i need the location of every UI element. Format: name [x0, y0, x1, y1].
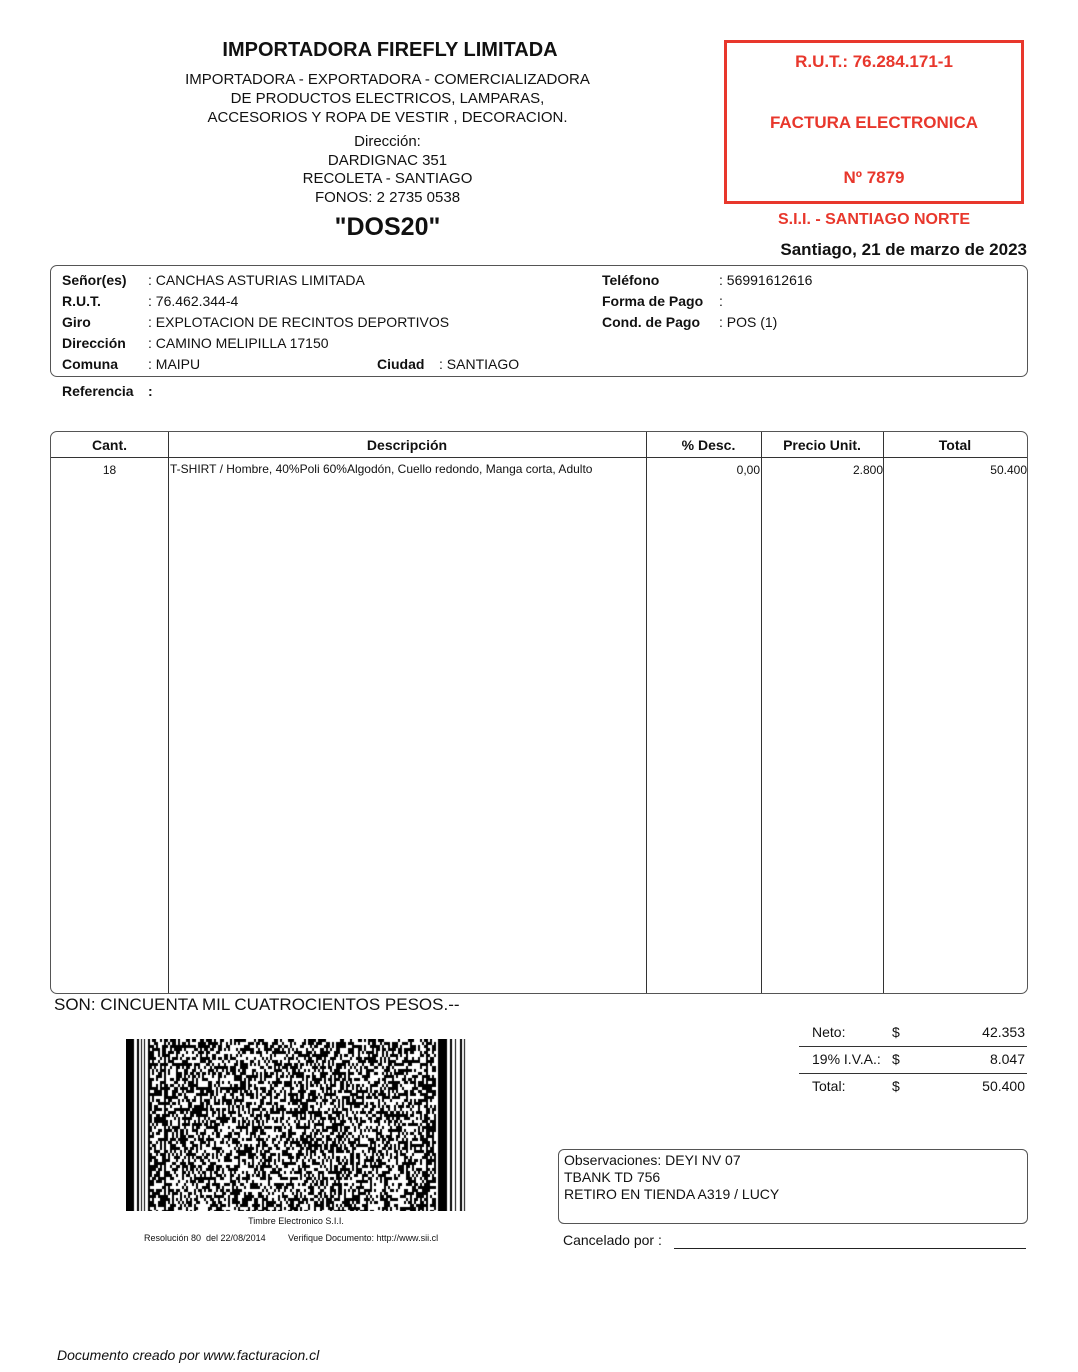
total-row-total: Total: $ 50.400 [799, 1074, 1027, 1100]
timbre-label: Timbre Electronico S.I.I. [126, 1216, 466, 1226]
observation-line: TBANK TD 756 [564, 1169, 660, 1185]
company-description-line: DE PRODUCTOS ELECTRICOS, LAMPARAS, [150, 89, 625, 108]
total-currency: $ [892, 1078, 900, 1094]
field-value: : EXPLOTACION DE RECINTOS DEPORTIVOS [148, 312, 449, 333]
amount-in-words: SON: CINCUENTA MIL CUATROCIENTOS PESOS.-… [54, 995, 460, 1015]
field-value: : 56991612616 [719, 270, 812, 291]
field-label: Teléfono [602, 270, 659, 291]
document-number: Nº 7879 [724, 168, 1024, 188]
field-label: Forma de Pago [602, 291, 703, 312]
column-header-descripcion: Descripción [168, 437, 646, 453]
document-date: Santiago, 21 de marzo de 2023 [700, 240, 1027, 260]
company-address-line: FONOS: 2 2735 0538 [240, 189, 535, 208]
sii-office: S.I.I. - SANTIAGO NORTE [724, 211, 1024, 229]
field-value: : [148, 381, 153, 402]
customer-info-box: Señor(es) : CANCHAS ASTURIAS LIMITADA R.… [50, 265, 1028, 377]
timbre-resolution: Resolución 80 del 22/08/2014 [144, 1233, 266, 1243]
total-currency: $ [892, 1051, 900, 1067]
total-row-iva: 19% I.V.A.: $ 8.047 [799, 1047, 1027, 1074]
field-value: : CANCHAS ASTURIAS LIMITADA [148, 270, 365, 291]
field-value: : POS (1) [719, 312, 777, 333]
observation-line: Observaciones: DEYI NV 07 [564, 1152, 741, 1168]
company-name: IMPORTADORA FIREFLY LIMITADA [160, 39, 620, 62]
column-header-precio: Precio Unit. [761, 437, 883, 453]
cancelado-label: Cancelado por : [563, 1232, 662, 1248]
field-label: R.U.T. [62, 291, 101, 312]
field-label: Señor(es) [62, 270, 152, 291]
column-divider [168, 432, 169, 993]
issuer-rut: R.U.T.: 76.284.171-1 [724, 52, 1024, 72]
footer-credit: Documento creado por www.facturacion.cl [57, 1347, 319, 1363]
cell-precio: 2.800 [761, 463, 883, 477]
column-header-cant: Cant. [51, 437, 168, 453]
cell-total: 50.400 [883, 463, 1027, 477]
column-header-desc: % Desc. [646, 437, 771, 453]
total-label: Total: [812, 1078, 845, 1094]
pdf417-barcode-icon [126, 1039, 466, 1211]
cell-descripcion: T-SHIRT / Hombre, 40%Poli 60%Algodón, Cu… [170, 462, 646, 476]
totals-table: Neto: $ 42.353 19% I.V.A.: $ 8.047 Total… [799, 1020, 1027, 1100]
field-value: : [719, 291, 723, 312]
field-label: Comuna [62, 354, 118, 375]
items-table: Cant. Descripción % Desc. Precio Unit. T… [50, 431, 1028, 994]
company-description-line: ACCESORIOS Y ROPA DE VESTIR , DECORACION… [150, 108, 625, 127]
company-address-line: DARDIGNAC 351 [240, 152, 535, 171]
company-address-line: RECOLETA - SANTIAGO [240, 170, 535, 189]
field-value: : SANTIAGO [439, 354, 519, 375]
field-label: Ciudad [377, 354, 424, 375]
total-value: 8.047 [990, 1051, 1025, 1067]
company-address: Dirección: DARDIGNAC 351 RECOLETA - SANT… [240, 133, 535, 207]
column-header-total: Total [883, 437, 1027, 453]
company-description: IMPORTADORA - EXPORTADORA - COMERCIALIZA… [150, 70, 625, 127]
total-label: 19% I.V.A.: [812, 1051, 881, 1067]
field-label: Dirección [62, 333, 126, 354]
document-type: FACTURA ELECTRONICA [724, 113, 1024, 133]
total-currency: $ [892, 1024, 900, 1040]
cell-desc: 0,00 [646, 463, 760, 477]
column-divider [883, 432, 884, 993]
total-value: 50.400 [982, 1078, 1025, 1094]
field-label: Giro [62, 312, 91, 333]
cancelado-signature-line [674, 1248, 1026, 1249]
column-divider [646, 432, 647, 993]
observation-line: RETIRO EN TIENDA A319 / LUCY [564, 1186, 779, 1202]
total-row-neto: Neto: $ 42.353 [799, 1020, 1027, 1047]
field-label: Cond. de Pago [602, 312, 700, 333]
column-divider [761, 432, 762, 993]
header-divider [51, 457, 1027, 458]
total-value: 42.353 [982, 1024, 1025, 1040]
company-description-line: IMPORTADORA - EXPORTADORA - COMERCIALIZA… [150, 70, 625, 89]
fantasy-name: "DOS20" [240, 213, 535, 242]
field-label: Referencia [62, 381, 134, 402]
total-label: Neto: [812, 1024, 845, 1040]
field-value: : 76.462.344-4 [148, 291, 238, 312]
cell-cant: 18 [51, 463, 168, 477]
company-address-line: Dirección: [240, 133, 535, 152]
field-value: : MAIPU [148, 354, 200, 375]
field-value: : CAMINO MELIPILLA 17150 [148, 333, 329, 354]
observations-box: Observaciones: DEYI NV 07 TBANK TD 756 R… [558, 1149, 1028, 1224]
timbre-verify: Verifique Documento: http://www.sii.cl [288, 1233, 438, 1243]
